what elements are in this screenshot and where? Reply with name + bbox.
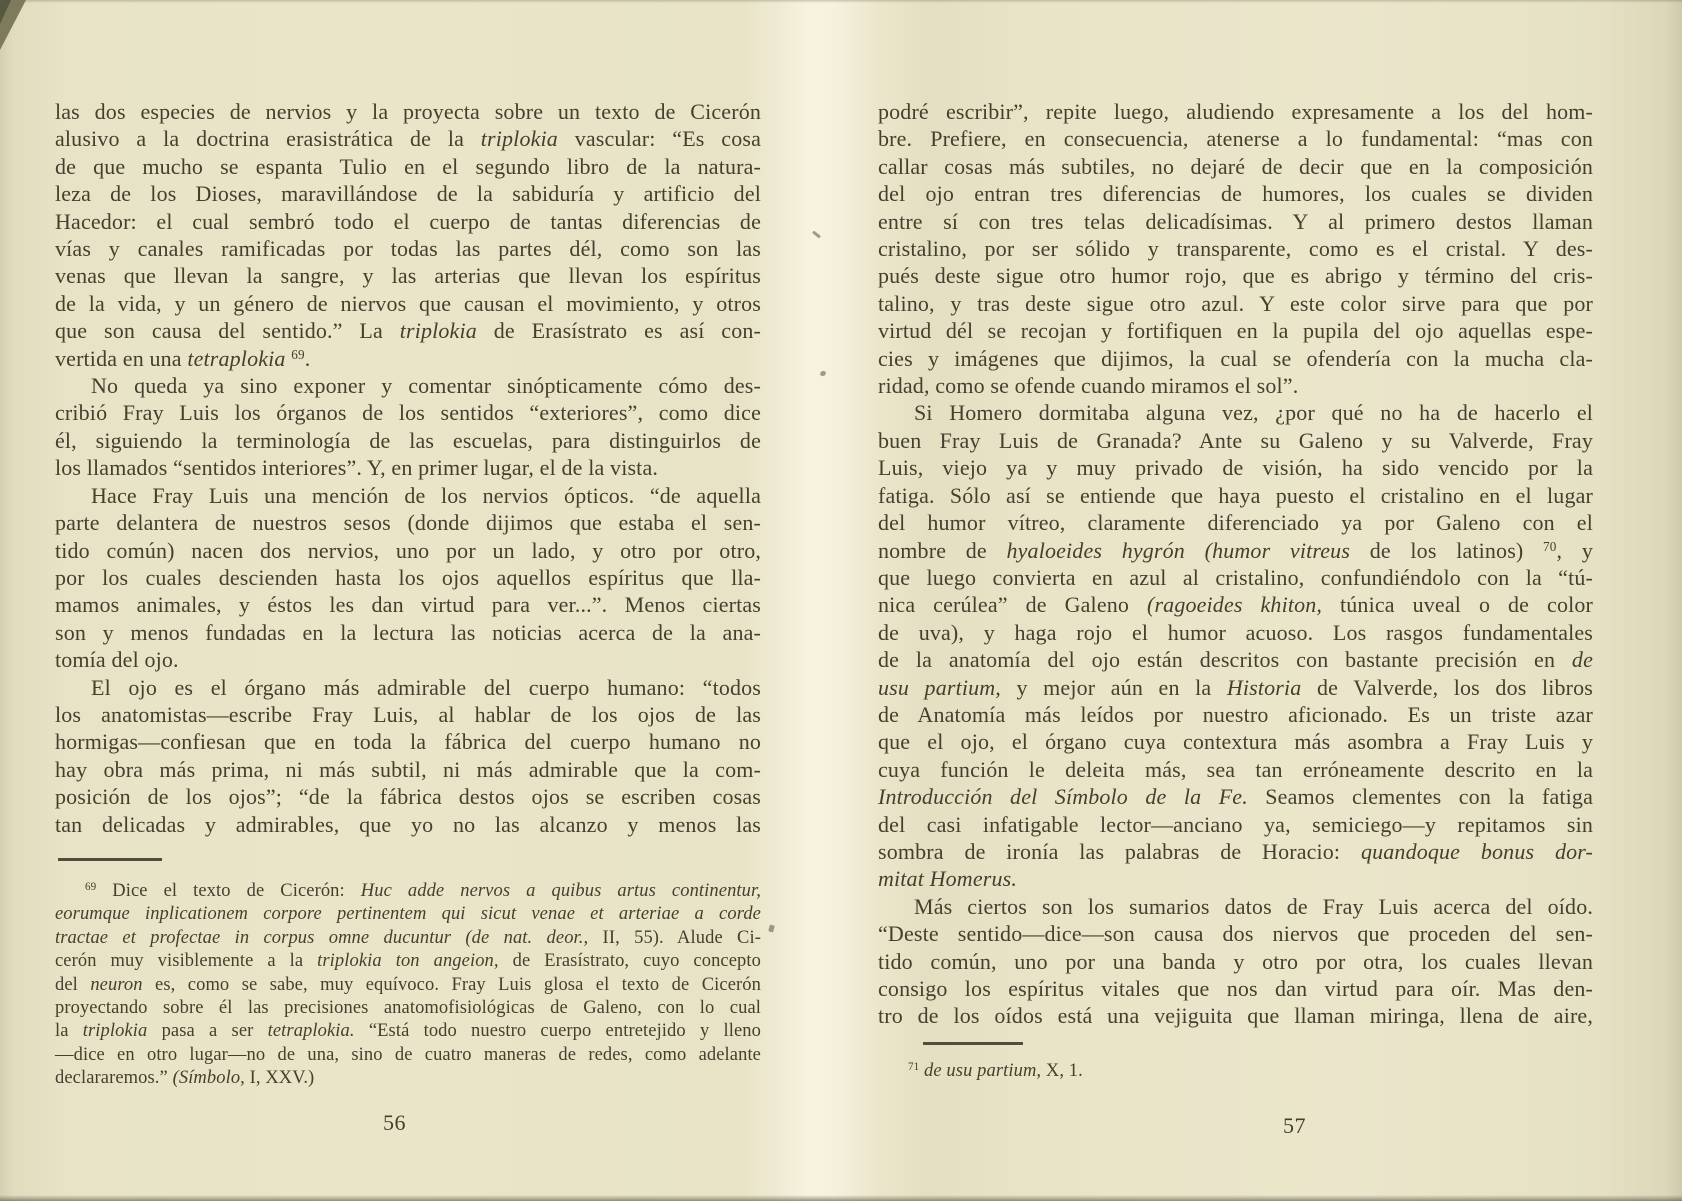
page-number-right: 57 (1283, 1113, 1306, 1139)
text-line: 69 Dice el texto de Cicerón: Huc adde ne… (55, 880, 761, 903)
text-line: de Anatomía más leídos por nuestro afici… (878, 701, 1593, 728)
text-line: que el ojo, el órgano cuya contextura má… (878, 728, 1593, 755)
text-line: tro de los oídos está una vejiguita que … (878, 1002, 1593, 1029)
text-line: cerón muy visiblemente a la triplokia to… (55, 950, 761, 973)
page-number-left: 56 (383, 1110, 406, 1136)
text-line: vías y canales ramificadas por todas las… (55, 235, 761, 262)
text-line: No queda ya sino exponer y comentar sinó… (55, 372, 761, 399)
paragraph: Más ciertos son los sumarios datos de Fr… (878, 893, 1593, 1030)
paragraph: podré escribir”, repite luego, aludiendo… (878, 98, 1593, 399)
text-line: cristalino, por ser sólido y transparent… (878, 235, 1593, 262)
text-line: “Deste sentido—dice—son causa dos niervo… (878, 920, 1593, 947)
text-line: tractae et profectae in corpus omne ducu… (55, 927, 761, 950)
text-line: mitat Homerus. (878, 865, 1593, 892)
page-right-body-text: podré escribir”, repite luego, aludiendo… (878, 98, 1593, 1030)
text-line: buen Fray Luis de Granada? Ante su Galen… (878, 427, 1593, 454)
text-line: hay obra más prima, ni más subtil, ni má… (55, 756, 761, 783)
text-line: parte delantera de nuestros sesos (donde… (55, 509, 761, 536)
gutter-speck (768, 924, 775, 932)
gutter-speck (819, 370, 826, 377)
text-line: son y menos fundadas en la lectura las n… (55, 619, 761, 646)
footnote-divider-right (923, 1042, 1023, 1045)
footnote-divider-left (58, 858, 162, 861)
text-line: nica cerúlea” de Galeno (ragoeides khito… (878, 591, 1593, 618)
text-line: entre sí con tres telas delicadísimas. Y… (878, 208, 1593, 235)
text-line: leza de los Dioses, maravillándose de la… (55, 180, 761, 207)
text-line: Hace Fray Luis una mención de los nervio… (55, 482, 761, 509)
text-line: eorumque inplicationem corpore pertinent… (55, 903, 761, 926)
paragraph: No queda ya sino exponer y comentar sinó… (55, 372, 761, 482)
text-line: Más ciertos son los sumarios datos de Fr… (878, 893, 1593, 920)
book-spread: las dos especies de nervios y la proyect… (0, 0, 1682, 1201)
text-line: del neuron es, como se sabe, muy equívoc… (55, 974, 761, 997)
page-right-footnotes: 71 de usu partium, X, 1. (878, 1060, 1593, 1083)
text-line: alusivo a la doctrina erasistrática de l… (55, 125, 761, 152)
text-line: Si Homero dormitaba alguna vez, ¿por qué… (878, 399, 1593, 426)
text-line: Luis, viejo ya y muy privado de visión, … (878, 454, 1593, 481)
text-line: sombra de ironía las palabras de Horacio… (878, 838, 1593, 865)
text-line: pués deste sigue otro humor rojo, que es… (878, 262, 1593, 289)
text-line: de uva), y haga rojo el humor acuoso. Lo… (878, 619, 1593, 646)
text-line: tido común) nacen dos nervios, uno por u… (55, 537, 761, 564)
text-line: venas que llevan la sangre, y las arteri… (55, 262, 761, 289)
text-line: por los cuales descienden hasta los ojos… (55, 564, 761, 591)
text-line: las dos especies de nervios y la proyect… (55, 98, 761, 125)
text-line: los anatomistas—escribe Fray Luis, al ha… (55, 701, 761, 728)
paragraph: El ojo es el órgano más admirable del cu… (55, 674, 761, 838)
text-line: de que mucho se espanta Tulio en el segu… (55, 153, 761, 180)
text-line: callar cosas más subtiles, no dejaré de … (878, 153, 1593, 180)
text-line: de la anatomía del ojo están descritos c… (878, 646, 1593, 673)
text-line: 71 de usu partium, X, 1. (878, 1060, 1593, 1083)
text-line: fatiga. Sólo así se entiende que haya pu… (878, 482, 1593, 509)
page-left-footnotes: 69 Dice el texto de Cicerón: Huc adde ne… (55, 880, 761, 1091)
text-line: proyectando sobre él las precisiones ana… (55, 997, 761, 1020)
text-line: declararemos.” (Símbolo, I, XXV.) (55, 1067, 761, 1090)
text-line: la triplokia pasa a ser tetraplokia. “Es… (55, 1020, 761, 1043)
text-line: bre. Prefiere, en consecuencia, atenerse… (878, 125, 1593, 152)
text-line: podré escribir”, repite luego, aludiendo… (878, 98, 1593, 125)
scan-edge-shadow-bottom (0, 1195, 1682, 1201)
text-line: Hacedor: el cual sembró todo el cuerpo d… (55, 208, 761, 235)
text-line: del casi infatigable lector—anciano ya, … (878, 811, 1593, 838)
text-line: posición de los ojos”; “de la fábrica de… (55, 783, 761, 810)
text-line: tan delicadas y admirables, que yo no la… (55, 811, 761, 838)
text-line: cuya función le deleita más, sea tan err… (878, 756, 1593, 783)
text-line: nombre de hyaloeides hygrón (humor vitre… (878, 537, 1593, 564)
text-line: que luego convierta en azul al cristalin… (878, 564, 1593, 591)
text-line: vertida en una tetraplokia 69. (55, 345, 761, 372)
text-line: hormigas—confiesan que en toda la fábric… (55, 728, 761, 755)
text-line: tido común, uno por una banda y otro por… (878, 948, 1593, 975)
text-line: él, siguiendo la terminología de las esc… (55, 427, 761, 454)
text-line: consigo los espíritus vitales que nos da… (878, 975, 1593, 1002)
paragraph: 71 de usu partium, X, 1. (878, 1060, 1593, 1083)
text-line: —dice en otro lugar—no de una, sino de c… (55, 1044, 761, 1067)
text-line: ridad, como se ofende cuando miramos el … (878, 372, 1593, 399)
paragraph: 69 Dice el texto de Cicerón: Huc adde ne… (55, 880, 761, 1091)
paragraph: Si Homero dormitaba alguna vez, ¿por qué… (878, 399, 1593, 892)
text-line: del humor vítreo, claramente diferenciad… (878, 509, 1593, 536)
text-line: cies y imágenes que dijimos, la cual se … (878, 345, 1593, 372)
text-line: virtud dél se recojan y fortifiquen en l… (878, 317, 1593, 344)
page-left-body-text: las dos especies de nervios y la proyect… (55, 98, 761, 838)
text-line: los llamados “sentidos interiores”. Y, e… (55, 454, 761, 481)
text-line: mamos animales, y éstos les dan virtud p… (55, 591, 761, 618)
text-line: Introducción del Símbolo de la Fe. Seamo… (878, 783, 1593, 810)
text-line: de la vida, y un género de niervos que c… (55, 290, 761, 317)
scan-edge-shadow-top (0, 0, 1682, 3)
text-line: usu partium, y mejor aún en la Historia … (878, 674, 1593, 701)
text-line: talino, y tras deste sigue otro azul. Y … (878, 290, 1593, 317)
text-line: del ojo entran tres diferencias de humor… (878, 180, 1593, 207)
text-line: cribió Fray Luis los órganos de los sent… (55, 399, 761, 426)
paragraph: Hace Fray Luis una mención de los nervio… (55, 482, 761, 674)
paragraph: las dos especies de nervios y la proyect… (55, 98, 761, 372)
text-line: tomía del ojo. (55, 646, 761, 673)
gutter-speck (812, 231, 821, 239)
text-line: El ojo es el órgano más admirable del cu… (55, 674, 761, 701)
text-line: que son causa del sentido.” La triplokia… (55, 317, 761, 344)
